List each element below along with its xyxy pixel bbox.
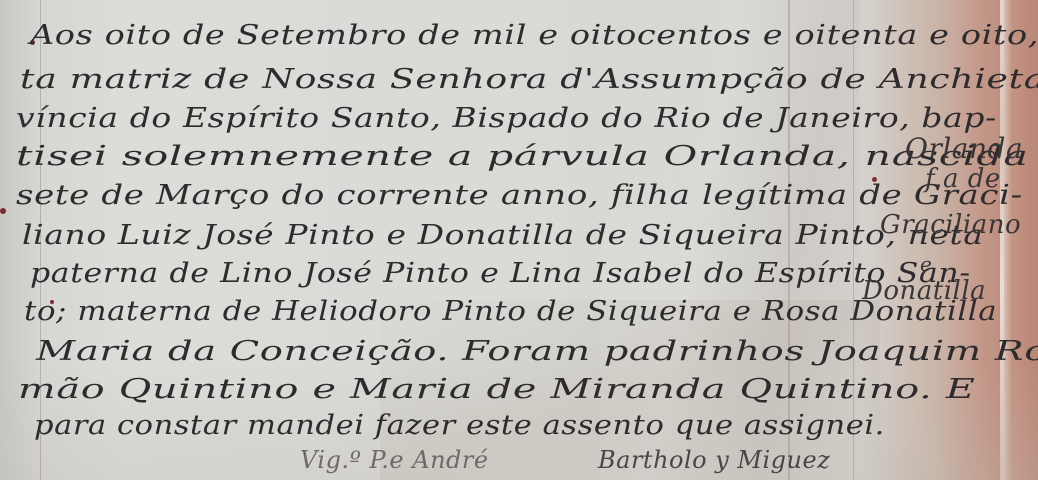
margin-note-filiation: f.a de bbox=[925, 164, 1001, 194]
margin-note-name: Orlanda bbox=[905, 132, 1023, 165]
record-line-1: Aos oito de Setembro de mil e oitocentos… bbox=[30, 20, 1038, 51]
record-line-8: to; materna de Heliodoro Pinto de Siquei… bbox=[24, 296, 997, 327]
margin-note-mother: Donatilla bbox=[862, 276, 986, 306]
record-line-5: sete de Março do corrente anno, filha le… bbox=[16, 180, 1023, 211]
record-line-4: tisei solemnemente a párvula Orlanda, na… bbox=[16, 141, 1038, 172]
margin-note-father: Graciliano bbox=[880, 210, 1021, 240]
record-line-11: para constar mandei fazer este assento q… bbox=[34, 410, 885, 441]
ink-spot bbox=[0, 208, 6, 214]
record-line-3: víncia do Espírito Santo, Bispado do Rio… bbox=[16, 103, 997, 134]
record-line-9: Maria da Conceição. Foram padrinhos Joaq… bbox=[36, 336, 1038, 367]
signature-name: Bartholo y Miguez bbox=[598, 446, 830, 474]
record-line-7: paterna de Lino José Pinto e Lina Isabel… bbox=[30, 258, 971, 289]
signature-title: Vig.º P.e André bbox=[300, 446, 489, 474]
record-line-6: liano Luiz José Pinto e Donatilla de Siq… bbox=[22, 220, 984, 251]
margin-note-and: e bbox=[920, 252, 932, 276]
record-line-10: mão Quintino e Maria de Miranda Quintino… bbox=[18, 374, 976, 405]
record-line-2: ta matriz de Nossa Senhora d'Assumpção d… bbox=[20, 64, 1038, 95]
document-photo: Aos oito de Setembro de mil e oitocentos… bbox=[0, 0, 1038, 480]
